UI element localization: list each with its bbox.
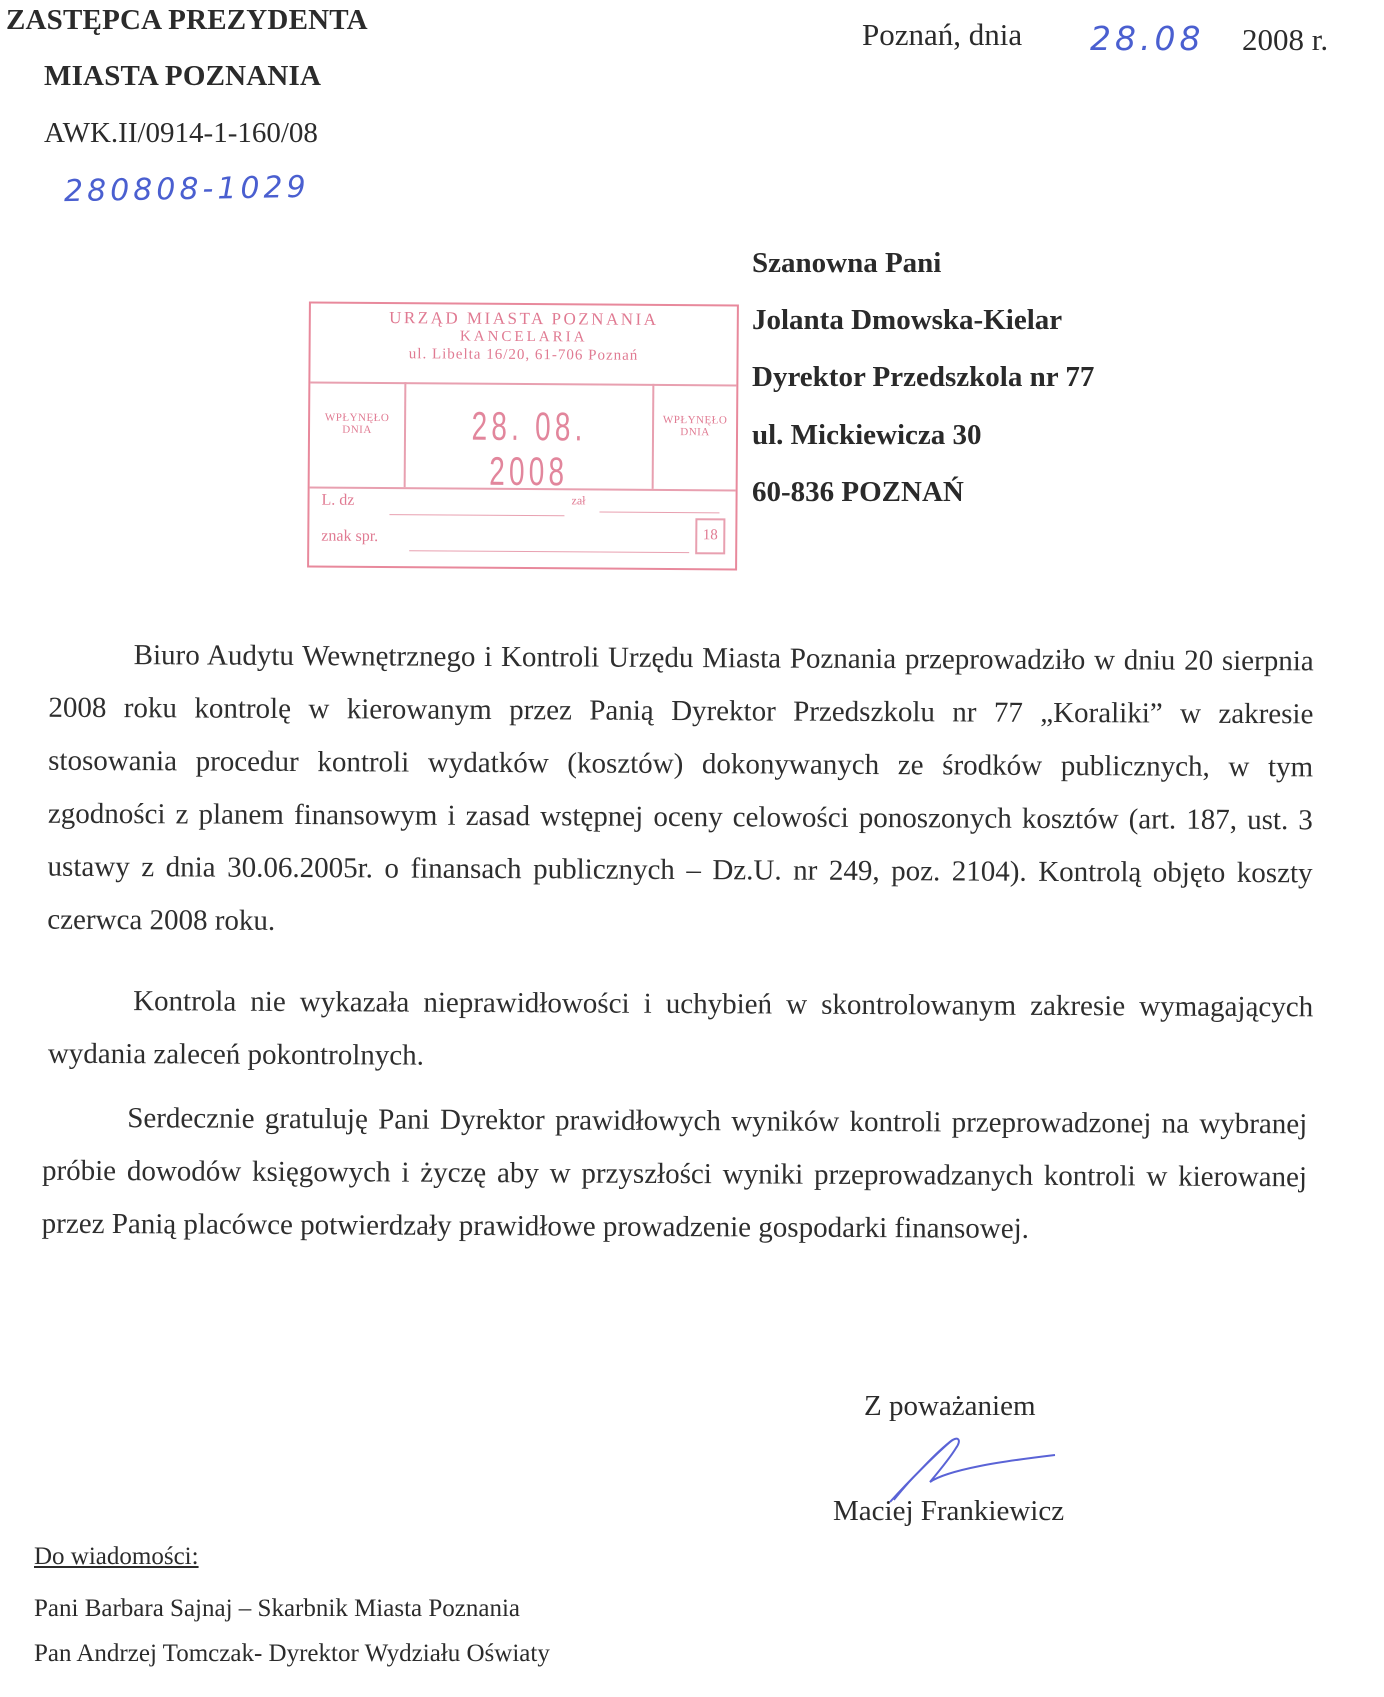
- stamp-case-mark-line: [409, 550, 689, 553]
- closing-regards: Z poważaniem: [864, 1390, 1036, 1423]
- stamp-box-number: 18: [695, 518, 725, 554]
- stamp-date-row: WPŁYNĘŁO DNIA 28. 08. 2008 WPŁYNĘŁO DNIA: [310, 382, 737, 492]
- stamp-zal-line: [599, 512, 719, 514]
- stamp-subtitle: KANCELARIA: [311, 328, 737, 348]
- cc-title: Do wiadomości:: [34, 1543, 199, 1571]
- office-title-line2: MIASTA POZNANIA: [44, 60, 321, 93]
- stamp-header: URZĄD MIASTA POZNANIA KANCELARIA ul. Lib…: [310, 304, 737, 387]
- body-paragraph-2: Kontrola nie wykazała nieprawidłowości i…: [48, 975, 1314, 1088]
- cc-item-2: Pan Andrzej Tomczak- Dyrektor Wydziału O…: [34, 1640, 550, 1668]
- registry-stamp: URZĄD MIASTA POZNANIA KANCELARIA ul. Lib…: [307, 302, 739, 571]
- cc-item-1: Pani Barbara Sajnaj – Skarbnik Miasta Po…: [34, 1595, 520, 1623]
- reference-number: AWK.II/0914-1-160/08: [44, 117, 318, 150]
- stamp-case-mark-label: znak spr.: [321, 528, 378, 546]
- date-year: 2008 r.: [1242, 22, 1328, 58]
- stamp-ldz-label: L. dz: [321, 492, 354, 510]
- stamp-received-date: 28. 08. 2008: [442, 404, 615, 495]
- recipient-position: Dyrektor Przedszkola nr 77: [752, 361, 1094, 394]
- signatory-name: Maciej Frankiewicz: [833, 1495, 1064, 1528]
- handwritten-registry-number: 280808-1029: [64, 170, 310, 209]
- stamp-address: ul. Libelta 16/20, 61-706 Poznań: [311, 346, 737, 366]
- stamp-received-label-right: WPŁYNĘŁO DNIA: [652, 384, 737, 490]
- stamp-ldz-line: [389, 514, 564, 516]
- handwritten-date: 28.08: [1090, 19, 1204, 58]
- recipient-salutation: Szanowna Pani: [752, 247, 941, 280]
- body-paragraph-3: Serdecznie gratuluję Pani Dyrektor prawi…: [42, 1092, 1308, 1258]
- recipient-street: ul. Mickiewicza 30: [752, 419, 982, 452]
- recipient-name: Jolanta Dmowska-Kielar: [752, 304, 1062, 337]
- date-place: Poznań, dnia: [862, 17, 1022, 53]
- recipient-postal-city: 60-836 POZNAŃ: [752, 476, 964, 509]
- office-title-line1: ZASTĘPCA PREZYDENTA: [6, 4, 368, 37]
- body-paragraph-1: Biuro Audytu Wewnętrznego i Kontroli Urz…: [47, 629, 1314, 954]
- stamp-received-label-left: WPŁYNĘŁO DNIA: [310, 382, 407, 488]
- stamp-zal-label: zał: [571, 493, 585, 508]
